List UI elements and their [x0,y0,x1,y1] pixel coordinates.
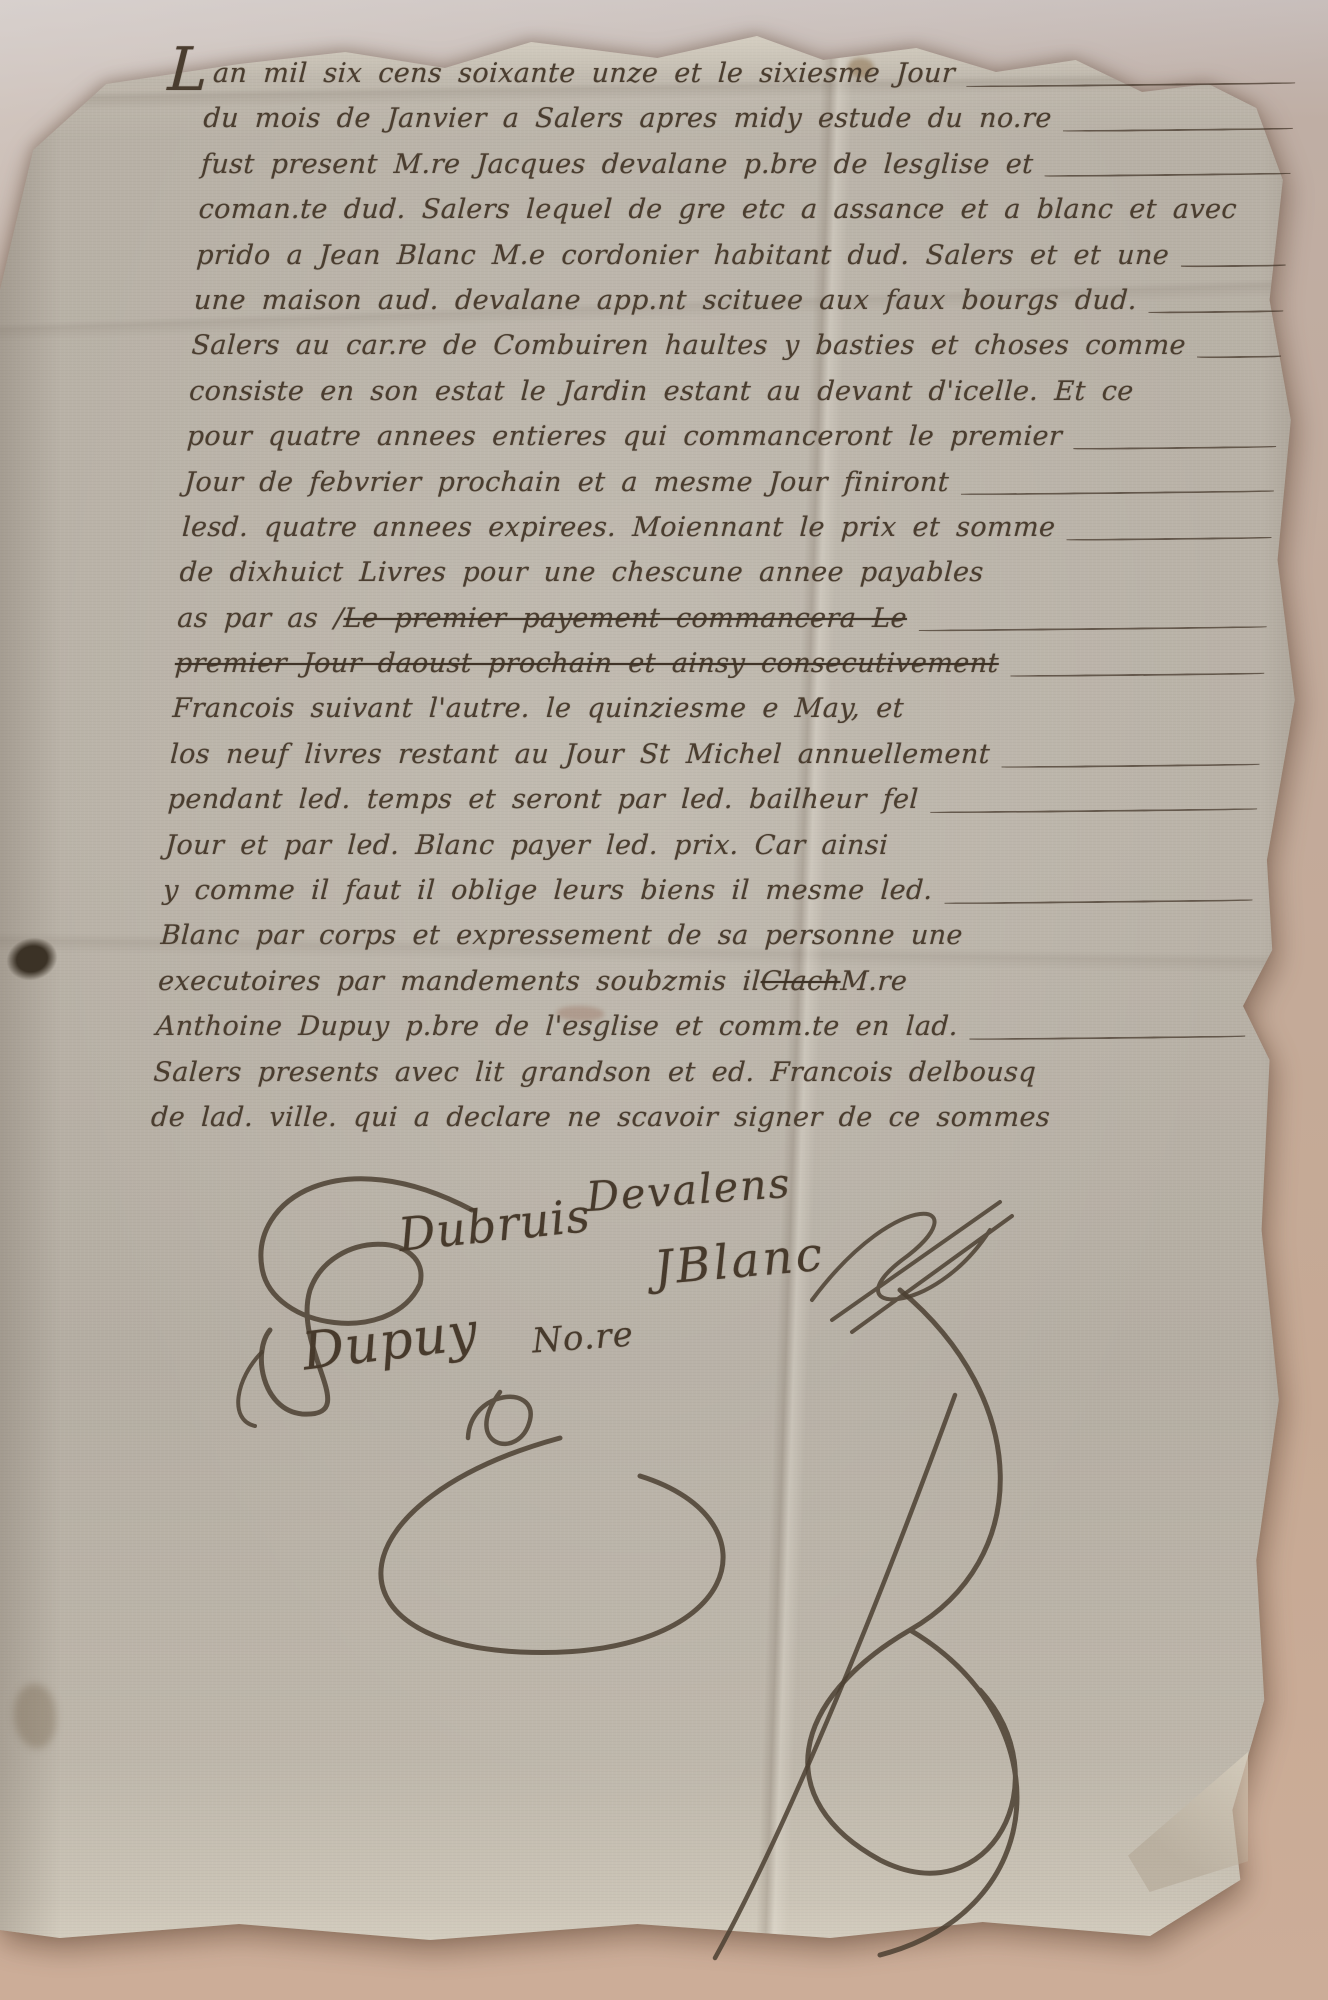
flourish-right-curves [808,1290,1017,1955]
signature-nore: No.re [531,1314,635,1361]
flourish-grand-oval [381,1438,723,1653]
flourish-paraph-scribble [812,1202,1012,1332]
flourish-dupuy-knot [468,1392,531,1444]
signature-flourishes [0,0,1328,2000]
photo-background: Lan mil six cens soixante unze et le six… [0,0,1328,2000]
flourish-dupuy-hook [238,1352,262,1426]
